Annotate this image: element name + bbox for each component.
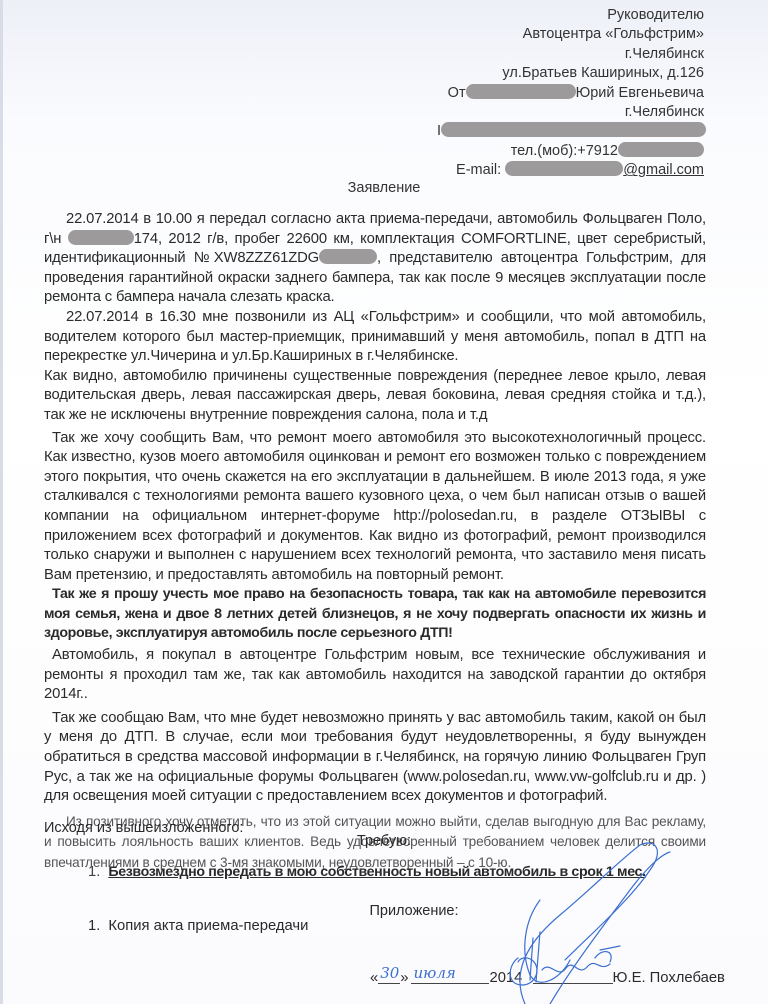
paragraph-purchase: Автомобиль, я покупал в автоцентре Гольф… xyxy=(44,646,706,705)
addressee-company: Автоцентра «Гольфстрим» xyxy=(437,25,704,44)
email-domain-link[interactable]: @gmail.com xyxy=(623,162,704,178)
annex-item-number: 1. xyxy=(88,918,100,934)
day-handwritten: 30 xyxy=(380,964,399,982)
scan-page-edge xyxy=(0,0,3,1004)
sender-city: г.Челябинск xyxy=(437,103,704,122)
sender-prefix: От xyxy=(448,85,466,101)
year: 2014 xyxy=(489,970,522,986)
demand-item-text: Безвозмездно передать в мою собственност… xyxy=(108,864,645,880)
sender-name-line: ОтЮрий Евгеньевича xyxy=(437,84,704,103)
redacted-plate xyxy=(68,230,134,245)
annex-heading: Приложение: xyxy=(0,903,768,919)
signer-name: Ю.Е. Похлебаев xyxy=(613,970,725,986)
phone-prefix: тел.(моб):+7912 xyxy=(511,143,618,159)
document-title: Заявление xyxy=(0,180,768,196)
month-handwritten: июля xyxy=(413,964,455,982)
email-label: E-mail: xyxy=(456,162,501,178)
sender-address-line: I xyxy=(437,122,704,141)
month-field: июля xyxy=(411,967,489,984)
addressee-address: ул.Братьев Кашириных, д.126 xyxy=(437,64,704,83)
annex-list: 1.Копия акта приема-передачи xyxy=(88,918,308,934)
day-field: 30 xyxy=(378,967,400,984)
demand-item: 1.Безвозмездно передать в мою собственно… xyxy=(88,864,646,880)
annex-item-text: Копия акта приема-передачи xyxy=(108,918,308,934)
signature-field xyxy=(533,967,613,984)
redacted-vin xyxy=(319,249,377,264)
redacted-address xyxy=(441,122,706,137)
demand-item-number: 1. xyxy=(88,864,100,880)
sender-name: Юрий Евгеньевича xyxy=(576,85,704,101)
paragraph-accident: 22.07.2014 в 16.30 мне позвонили из АЦ «… xyxy=(44,308,706,367)
sender-phone-line: тел.(моб):+7912 xyxy=(437,142,704,161)
demand-list: 1.Безвозмездно передать в мою собственно… xyxy=(88,864,646,880)
addressee-title: Руководителю xyxy=(437,6,704,25)
paragraph-safety: Так же я прошу учесть мое право на безоп… xyxy=(44,585,706,644)
redacted-surname xyxy=(466,84,576,99)
sender-email-line: E-mail: @gmail.com xyxy=(437,161,704,180)
annex-item: 1.Копия акта приема-передачи xyxy=(88,918,308,934)
paragraph-warning: Так же сообщаю Вам, что мне будет невозм… xyxy=(44,709,706,807)
paragraph-damage: Как видно, автомобилю причинены существе… xyxy=(44,367,706,426)
signature-row: «30»июля2014 Ю.Е. Похлебаев xyxy=(370,967,725,986)
quote-open: « xyxy=(370,970,378,986)
addressee-city: г.Челябинск xyxy=(437,45,704,64)
paragraph-handover: 22.07.2014 в 10.00 я передал согласно ак… xyxy=(44,210,706,308)
redacted-phone xyxy=(618,142,704,157)
statement-body: 22.07.2014 в 10.00 я передал согласно ак… xyxy=(44,210,706,873)
quote-close: » xyxy=(400,970,408,986)
demand-heading: Требую: xyxy=(0,833,768,849)
redacted-email-user xyxy=(505,161,623,176)
paragraph-repair-tech: Так же хочу сообщить Вам, что ремонт мое… xyxy=(44,429,706,586)
addressee-block: Руководителю Автоцентра «Гольфстрим» г.Ч… xyxy=(437,6,704,181)
